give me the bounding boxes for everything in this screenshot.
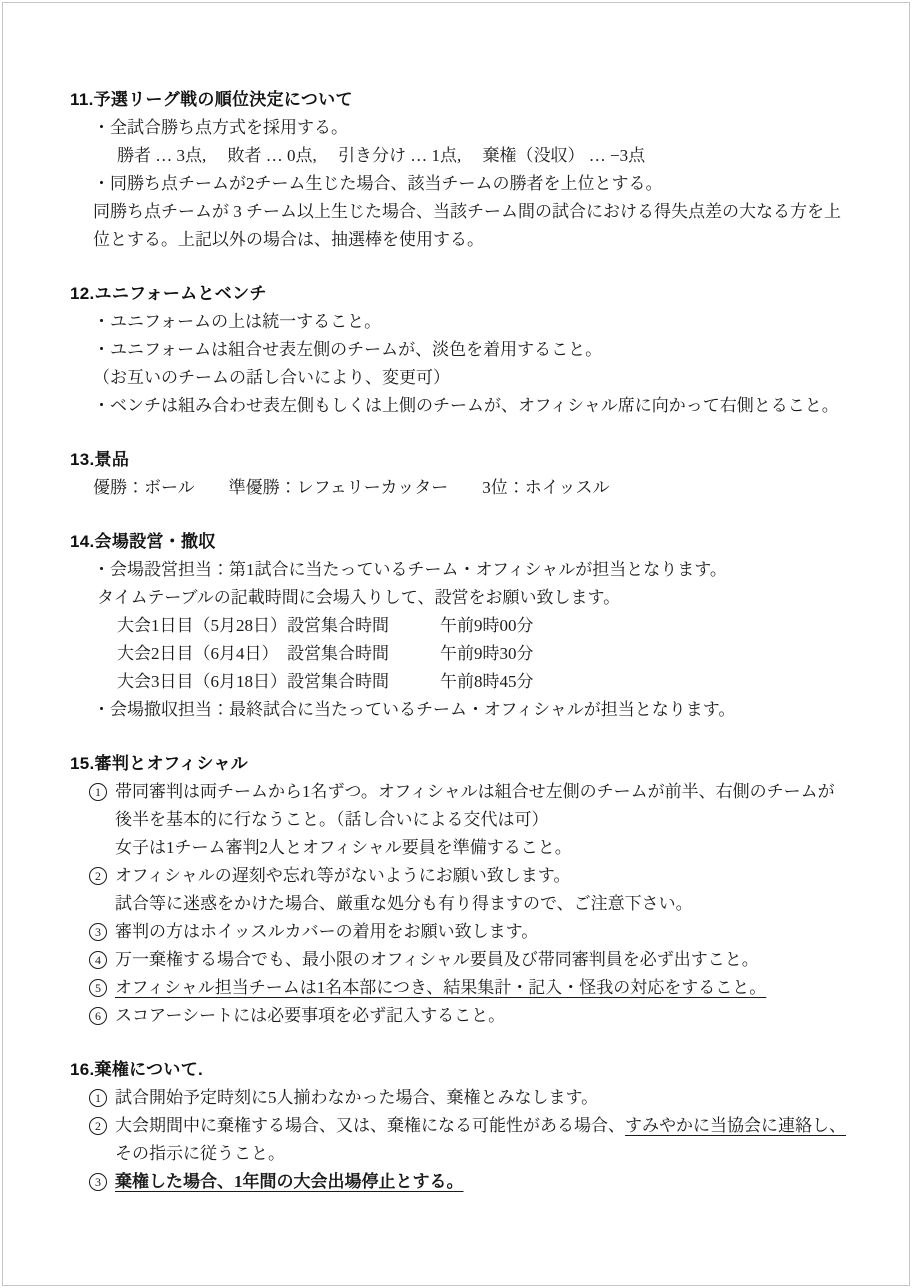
text-line: 位とする。上記以外の場合は、抽選棒を使用する。 — [70, 226, 868, 254]
text-segment: オフィシャルの遅刻や忘れ等がないようにお願い致します。 — [115, 866, 570, 885]
section-heading: 12.ユニフォームとベンチ — [70, 280, 868, 308]
section-number: 13. — [70, 450, 95, 469]
section-11: 11.予選リーグ戦の順位決定について・全試合勝ち点方式を採用する。勝者 … 3点… — [70, 86, 868, 254]
section-15: 15.審判とオフィシャル1帯同審判は両チームから1名ずつ。オフィシャルは組合せ左… — [70, 750, 868, 1030]
section-title: 会場設営・撤収 — [95, 532, 216, 551]
text-line: 女子は1チーム審判2人とオフィシャル要員を準備すること。 — [70, 834, 868, 862]
text-segment: 女子は1チーム審判2人とオフィシャル要員を準備すること。 — [115, 838, 572, 857]
text-segment: ・ユニフォームは組合せ表左側のチームが、淡色を着用すること。 — [93, 340, 602, 359]
section-13: 13.景品優勝：ボール 準優勝：レフェリーカッター 3位：ホイッスル — [70, 446, 868, 502]
text-segment: 万一棄権する場合でも、最小限のオフィシャル要員及び帯同審判員を必ず出すこと。 — [115, 950, 759, 969]
section-number: 14. — [70, 532, 95, 551]
text-segment: ・会場設営担当：第1試合に当たっているチーム・オフィシャルが担当となります。 — [93, 560, 727, 579]
section-12: 12.ユニフォームとベンチ・ユニフォームの上は統一すること。・ユニフォームは組合… — [70, 280, 868, 420]
section-title: 景品 — [95, 450, 130, 469]
text-segment: タイムテーブルの記載時間に会場入りして、設営をお願い致します。 — [97, 588, 620, 607]
schedule-row: 大会2日目（6月4日） 設営集合時間午前9時30分 — [70, 640, 868, 668]
circled-number: 4 — [89, 951, 107, 969]
schedule-label: 大会3日目（6月18日）設営集合時間 — [117, 668, 440, 696]
text-line: ・ユニフォームは組合せ表左側のチームが、淡色を着用すること。 — [70, 336, 868, 364]
section-heading: 14.会場設営・撤収 — [70, 528, 868, 556]
schedule-time: 午前9時00分 — [440, 612, 534, 640]
text-segment: オフィシャル担当チームは1名本部につき、結果集計・記入・怪我の対応をすること。 — [115, 978, 766, 997]
schedule-time: 午前8時45分 — [440, 668, 534, 696]
circled-number: 1 — [89, 1089, 107, 1107]
section-heading: 11.予選リーグ戦の順位決定について — [70, 86, 868, 114]
text-segment: 優勝：ボール 準優勝：レフェリーカッター 3位：ホイッスル — [93, 478, 609, 497]
text-line: 勝者 … 3点, 敗者 … 0点, 引き分け … 1点, 棄権（没収） … −3… — [70, 142, 868, 170]
circled-number: 2 — [89, 867, 107, 885]
numbered-item: 5オフィシャル担当チームは1名本部につき、結果集計・記入・怪我の対応をすること。 — [70, 974, 868, 1002]
text-line: 試合等に迷惑をかけた場合、厳重な処分も有り得ますので、ご注意下さい。 — [70, 890, 868, 918]
section-14: 14.会場設営・撤収・会場設営担当：第1試合に当たっているチーム・オフィシャルが… — [70, 528, 868, 724]
section-title: 予選リーグ戦の順位決定について — [94, 90, 353, 109]
text-line: （お互いのチームの話し合いにより、変更可） — [70, 364, 868, 392]
text-segment: 勝者 … 3点, 敗者 … 0点, 引き分け … 1点, 棄権（没収） … −3… — [117, 146, 645, 165]
numbered-item: 4万一棄権する場合でも、最小限のオフィシャル要員及び帯同審判員を必ず出すこと。 — [70, 946, 868, 974]
schedule-time: 午前9時30分 — [440, 640, 534, 668]
section-number: 12. — [70, 284, 95, 303]
text-segment: 棄権した場合、1年間の大会出場停止とする。 — [115, 1172, 464, 1191]
section-number: 15. — [70, 754, 95, 773]
circled-number: 2 — [89, 1117, 107, 1135]
text-line: 後半を基本的に行なうこと。（話し合いによる交代は可） — [70, 806, 868, 834]
section-number: 11. — [70, 90, 94, 109]
circled-number: 3 — [89, 923, 107, 941]
circled-number: 3 — [89, 1173, 107, 1191]
text-segment: 後半を基本的に行なうこと。（話し合いによる交代は可） — [115, 810, 549, 829]
text-segment: ・ベンチは組み合わせ表左側もしくは上側のチームが、オフィシャル席に向かって右側と… — [93, 396, 839, 415]
numbered-item: 2オフィシャルの遅刻や忘れ等がないようにお願い致します。 — [70, 862, 868, 890]
text-line: タイムテーブルの記載時間に会場入りして、設営をお願い致します。 — [70, 584, 868, 612]
numbered-item: 2大会期間中に棄権する場合、又は、棄権になる可能性がある場合、すみやかに当協会に… — [70, 1112, 868, 1140]
text-line: 優勝：ボール 準優勝：レフェリーカッター 3位：ホイッスル — [70, 474, 868, 502]
numbered-item: 3審判の方はホイッスルカバーの着用をお願い致します。 — [70, 918, 868, 946]
section-number: 16. — [70, 1060, 95, 1079]
text-segment: ・全試合勝ち点方式を採用する。 — [93, 118, 348, 137]
section-title: 審判とオフィシャル — [95, 754, 249, 773]
text-line: ・会場設営担当：第1試合に当たっているチーム・オフィシャルが担当となります。 — [70, 556, 868, 584]
text-segment: 試合等に迷惑をかけた場合、厳重な処分も有り得ますので、ご注意下さい。 — [115, 894, 693, 913]
section-title: ユニフォームとベンチ — [95, 284, 267, 303]
circled-number: 1 — [89, 783, 107, 801]
text-segment: ・会場撤収担当：最終試合に当たっているチーム・オフィシャルが担当となります。 — [93, 700, 735, 719]
numbered-item: 1帯同審判は両チームから1名ずつ。オフィシャルは組合せ左側のチームが前半、右側の… — [70, 778, 868, 806]
section-heading: 16.棄権について. — [70, 1056, 868, 1084]
text-line: ・全試合勝ち点方式を採用する。 — [70, 114, 868, 142]
numbered-item: 1試合開始予定時刻に5人揃わなかった場合、棄権とみなします。 — [70, 1084, 868, 1112]
text-segment: 位とする。上記以外の場合は、抽選棒を使用する。 — [93, 230, 484, 249]
section-title: 棄権について. — [95, 1060, 203, 1079]
text-segment: ・同勝ち点チームが2チーム生じた場合、該当チームの勝者を上位とする。 — [93, 174, 663, 193]
circled-number: 5 — [89, 979, 107, 997]
text-segment: 審判の方はホイッスルカバーの着用をお願い致します。 — [115, 922, 538, 941]
section-heading: 15.審判とオフィシャル — [70, 750, 868, 778]
text-line: ・ベンチは組み合わせ表左側もしくは上側のチームが、オフィシャル席に向かって右側と… — [70, 392, 868, 420]
schedule-label: 大会2日目（6月4日） 設営集合時間 — [117, 640, 440, 668]
schedule-row: 大会3日目（6月18日）設営集合時間午前8時45分 — [70, 668, 868, 696]
text-segment: （お互いのチームの話し合いにより、変更可） — [93, 368, 450, 387]
text-line: その指示に従うこと。 — [70, 1140, 868, 1168]
text-line: ・会場撤収担当：最終試合に当たっているチーム・オフィシャルが担当となります。 — [70, 696, 868, 724]
schedule-row: 大会1日目（5月28日）設営集合時間午前9時00分 — [70, 612, 868, 640]
section-16: 16.棄権について.1試合開始予定時刻に5人揃わなかった場合、棄権とみなします。… — [70, 1056, 868, 1196]
text-segment: すみやかに当協会に連絡し、 — [625, 1116, 846, 1135]
text-segment: 同勝ち点チームが 3 チーム以上生じた場合、当該チーム間の試合における得失点差の… — [93, 202, 841, 221]
numbered-item: 3棄権した場合、1年間の大会出場停止とする。 — [70, 1168, 868, 1196]
text-segment: 帯同審判は両チームから1名ずつ。オフィシャルは組合せ左側のチームが前半、右側のチ… — [115, 782, 835, 801]
text-segment: ・ユニフォームの上は統一すること。 — [93, 312, 381, 331]
schedule-label: 大会1日目（5月28日）設営集合時間 — [117, 612, 440, 640]
text-line: 同勝ち点チームが 3 チーム以上生じた場合、当該チーム間の試合における得失点差の… — [70, 198, 868, 226]
document-content: 11.予選リーグ戦の順位決定について・全試合勝ち点方式を採用する。勝者 … 3点… — [70, 86, 868, 1196]
text-line: ・同勝ち点チームが2チーム生じた場合、該当チームの勝者を上位とする。 — [70, 170, 868, 198]
circled-number: 6 — [89, 1007, 107, 1025]
numbered-item: 6スコアーシートには必要事項を必ず記入すること。 — [70, 1002, 868, 1030]
section-heading: 13.景品 — [70, 446, 868, 474]
text-segment: 試合開始予定時刻に5人揃わなかった場合、棄権とみなします。 — [115, 1088, 598, 1107]
text-segment: スコアーシートには必要事項を必ず記入すること。 — [115, 1006, 505, 1025]
text-segment: その指示に従うこと。 — [115, 1144, 285, 1163]
text-line: ・ユニフォームの上は統一すること。 — [70, 308, 868, 336]
text-segment: 大会期間中に棄権する場合、又は、棄権になる可能性がある場合、 — [115, 1116, 625, 1135]
